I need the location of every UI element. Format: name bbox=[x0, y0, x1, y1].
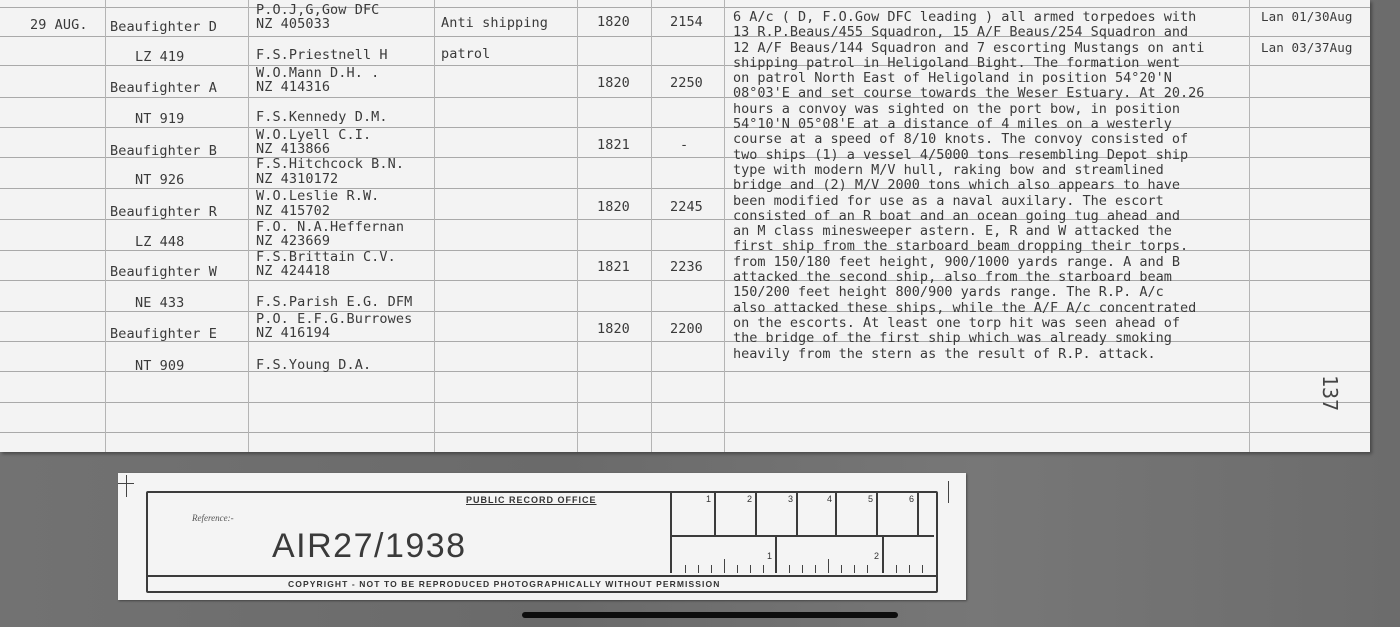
narrative-line: 54°10'N 05°08'E at a distance of 4 miles… bbox=[733, 117, 1253, 132]
cm-label: 2 bbox=[747, 494, 752, 504]
narrative-line: on the escorts. At least one torp hit wa… bbox=[733, 316, 1253, 331]
aircraft-type: Beaufighter A bbox=[110, 81, 217, 96]
time-up: 1821 bbox=[597, 138, 630, 153]
crop-mark bbox=[126, 475, 127, 497]
reference-note: Lan 03/37Aug bbox=[1261, 40, 1353, 55]
aircraft-serial: NE 433 bbox=[135, 296, 184, 311]
aircraft-serial: NT 919 bbox=[135, 112, 184, 127]
crop-mark bbox=[118, 483, 134, 484]
copyright-notice: COPYRIGHT - NOT TO BE REPRODUCED PHOTOGR… bbox=[288, 579, 720, 589]
crew-number: NZ 424418 bbox=[256, 264, 330, 279]
narrative-line: attacked the second ship, also from the … bbox=[733, 270, 1253, 285]
crew-number: NZ 4310172 bbox=[256, 172, 338, 187]
crew-number: NZ 415702 bbox=[256, 204, 330, 219]
narrative-line: 150/200 feet height 800/900 yards range.… bbox=[733, 285, 1253, 300]
aircraft-type: Beaufighter R bbox=[110, 205, 217, 220]
aircraft-serial: LZ 448 bbox=[135, 235, 184, 250]
column-divider bbox=[248, 0, 249, 452]
crop-mark bbox=[948, 481, 949, 503]
copyright-strip: COPYRIGHT - NOT TO BE REPRODUCED PHOTOGR… bbox=[148, 575, 936, 593]
narrative-line: first ship from the starboard beam dropp… bbox=[733, 239, 1253, 254]
aircraft-type: Beaufighter W bbox=[110, 265, 217, 280]
aircraft-serial: NT 909 bbox=[135, 359, 184, 374]
cm-label: 4 bbox=[827, 494, 832, 504]
rule-line bbox=[0, 402, 1370, 403]
operation-narrative: 6 A/c ( D, F.O.Gow DFC leading ) all arm… bbox=[733, 10, 1253, 362]
column-divider bbox=[724, 0, 725, 452]
cm-scale: 1 2 3 4 5 6 bbox=[672, 493, 934, 537]
inch-label: 2 bbox=[874, 551, 879, 561]
time-down: - bbox=[680, 138, 688, 153]
narrative-line: 08°03'E and set course towards the Weser… bbox=[733, 86, 1253, 101]
duty-line-2: patrol bbox=[441, 47, 490, 62]
reference-slip: PUBLIC RECORD OFFICE Reference:- AIR27/1… bbox=[118, 473, 966, 600]
operations-record-page: 29 AUG. Anti shipping patrol Beaufighter… bbox=[0, 0, 1370, 452]
narrative-line: shipping patrol in Heligoland Bight. The… bbox=[733, 56, 1253, 71]
narrative-line: consisted of an R boat and an ocean goin… bbox=[733, 209, 1253, 224]
crew-number: NZ 405033 bbox=[256, 17, 330, 32]
narrative-line: heavily from the stern as the result of … bbox=[733, 347, 1253, 362]
cm-label: 1 bbox=[706, 494, 711, 504]
inch-scale: 1 2 bbox=[672, 537, 934, 573]
cm-label: 6 bbox=[909, 494, 914, 504]
aircraft-serial: NT 926 bbox=[135, 173, 184, 188]
time-up: 1820 bbox=[597, 322, 630, 337]
slip-frame: PUBLIC RECORD OFFICE Reference:- AIR27/1… bbox=[146, 491, 938, 593]
reference-label: Reference:- bbox=[192, 513, 234, 523]
rule-line bbox=[0, 432, 1370, 433]
time-up: 1821 bbox=[597, 260, 630, 275]
narrative-line: 13 R.P.Beaus/455 Squadron, 15 A/F Beaus/… bbox=[733, 25, 1253, 40]
office-name: PUBLIC RECORD OFFICE bbox=[466, 495, 597, 505]
duty-line-1: Anti shipping bbox=[441, 16, 548, 31]
crew-name: W.O.Leslie R.W. bbox=[256, 189, 379, 204]
page-number: 137 bbox=[1318, 375, 1342, 411]
time-up: 1820 bbox=[597, 15, 630, 30]
home-indicator-bar[interactable] bbox=[522, 612, 898, 618]
aircraft-serial: LZ 419 bbox=[135, 50, 184, 65]
time-up: 1820 bbox=[597, 76, 630, 91]
time-down: 2250 bbox=[670, 76, 703, 91]
crew-name: F.S.Kennedy D.M. bbox=[256, 110, 388, 125]
narrative-line: bridge and (2) M/V 2000 tons which also … bbox=[733, 178, 1253, 193]
narrative-line: also attacked these ships, while the A/F… bbox=[733, 301, 1253, 316]
narrative-line: from 150/180 feet height, 900/1000 yards… bbox=[733, 255, 1253, 270]
narrative-line: the bridge of the first ship which was a… bbox=[733, 331, 1253, 346]
time-down: 2245 bbox=[670, 200, 703, 215]
crew-name: F.S.Young D.A. bbox=[256, 358, 371, 373]
crew-number: NZ 414316 bbox=[256, 80, 330, 95]
aircraft-type: Beaufighter E bbox=[110, 327, 217, 342]
column-divider bbox=[434, 0, 435, 452]
cm-label: 5 bbox=[868, 494, 873, 504]
rule-line bbox=[0, 371, 1370, 372]
cm-label: 3 bbox=[788, 494, 793, 504]
narrative-line: an M class minesweeper astern. E, R and … bbox=[733, 224, 1253, 239]
time-up: 1820 bbox=[597, 200, 630, 215]
time-down: 2236 bbox=[670, 260, 703, 275]
rule-line bbox=[0, 7, 1370, 8]
narrative-line: two ships (1) a vessel 4/5000 tons resem… bbox=[733, 148, 1253, 163]
reference-note: Lan 01/30Aug bbox=[1261, 9, 1353, 24]
narrative-line: 6 A/c ( D, F.O.Gow DFC leading ) all arm… bbox=[733, 10, 1253, 25]
column-divider bbox=[651, 0, 652, 452]
crew-name: F.S.Priestnell H bbox=[256, 48, 388, 63]
inch-label: 1 bbox=[767, 551, 772, 561]
column-divider bbox=[577, 0, 578, 452]
slip-label-area: PUBLIC RECORD OFFICE Reference:- AIR27/1… bbox=[148, 493, 672, 573]
entry-date: 29 AUG. bbox=[30, 18, 88, 33]
crew-name: F.S.Hitchcock B.N. bbox=[256, 157, 404, 172]
narrative-line: course at a speed of 8/10 knots. The con… bbox=[733, 132, 1253, 147]
narrative-line: 12 A/F Beaus/144 Squadron and 7 escortin… bbox=[733, 41, 1253, 56]
reference-code: AIR27/1938 bbox=[272, 527, 467, 566]
aircraft-type: Beaufighter D bbox=[110, 20, 217, 35]
narrative-line: hours a convoy was sighted on the port b… bbox=[733, 102, 1253, 117]
time-down: 2154 bbox=[670, 15, 703, 30]
crew-number: NZ 413866 bbox=[256, 142, 330, 157]
scale-ruler: 1 2 3 4 5 6 1 2 bbox=[672, 493, 934, 573]
column-divider bbox=[105, 0, 106, 452]
narrative-line: been modified for use as a naval auxilar… bbox=[733, 194, 1253, 209]
time-down: 2200 bbox=[670, 322, 703, 337]
narrative-line: type with modern M/V hull, raking bow an… bbox=[733, 163, 1253, 178]
aircraft-type: Beaufighter B bbox=[110, 144, 217, 159]
crew-name: F.S.Parish E.G. DFM bbox=[256, 295, 412, 310]
crew-number: NZ 423669 bbox=[256, 234, 330, 249]
narrative-line: on patrol North East of Heligoland in po… bbox=[733, 71, 1253, 86]
crew-number: NZ 416194 bbox=[256, 326, 330, 341]
